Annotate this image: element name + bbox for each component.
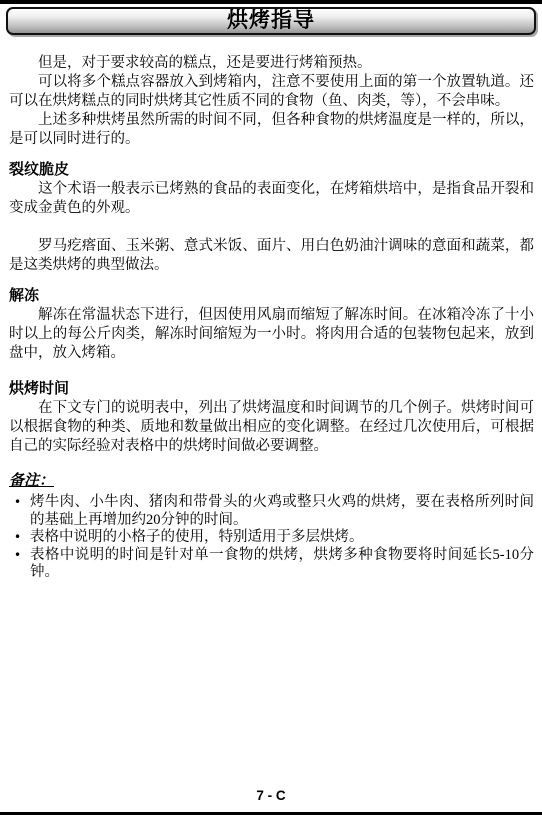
note-item-text: 表格中说明的时间是针对单一食物的烘烤，烘烤多种食物要将时间延长5-10分钟。 (30, 547, 534, 581)
notes-block: 备注： • 烤牛肉、小牛肉、猪肉和带骨头的火鸡或整只火鸡的烘烤，要在表格所列时间… (9, 472, 534, 582)
section-heading-crispy-crust: 裂纹脆皮 (9, 161, 534, 180)
note-item: • 表格中说明的时间是针对单一食物的烘烤，烘烤多种食物要将时间延长5-10分钟。 (9, 547, 534, 582)
notes-label: 备注： (9, 472, 60, 491)
page-content: 但是，对于要求较高的糕点，还是要进行烤箱预热。 可以将多个糕点容器放入到烤箱内，… (9, 54, 534, 582)
bullet-icon: • (14, 529, 21, 547)
page-title-box: 烘烤指导 (6, 7, 536, 35)
section-heading-defrost: 解冻 (9, 287, 534, 306)
note-item: • 表格中说明的小格子的使用，特别适用于多层烘烤。 (9, 529, 534, 547)
page-number: 7 - C (0, 788, 542, 803)
section-heading-baking-time: 烘烤时间 (9, 380, 534, 399)
intro-paragraph-3: 上述多种烘烤虽然所需的时间不同，但各种食物的烘烤温度是一样的，所以，是可以同时进… (9, 111, 534, 149)
page-title: 烘烤指导 (227, 10, 315, 32)
note-item: • 烤牛肉、小牛肉、猪肉和带骨头的火鸡或整只火鸡的烘烤，要在表格所列时间的基础上… (9, 494, 534, 529)
crispy-crust-paragraph-1: 这个术语一般表示已烤熟的食品的表面变化，在烤箱烘培中，是指食品开裂和变成金黄色的… (9, 180, 534, 218)
note-item-text: 烤牛肉、小牛肉、猪肉和带骨头的火鸡或整只火鸡的烘烤，要在表格所列时间的基础上再增… (30, 494, 534, 528)
manual-page: 烘烤指导 但是，对于要求较高的糕点，还是要进行烤箱预热。 可以将多个糕点容器放入… (0, 0, 542, 815)
bullet-icon: • (14, 547, 21, 565)
intro-paragraph-1: 但是，对于要求较高的糕点，还是要进行烤箱预热。 (9, 54, 534, 73)
defrost-paragraph: 解冻在常温状态下进行，但因使用风扇而缩短了解冻时间。在冰箱冷冻了十小时以上的每公… (9, 306, 534, 363)
baking-time-paragraph: 在下文专门的说明表中，列出了烘烤温度和时间调节的几个例子。烘烤时间可以根据食物的… (9, 399, 534, 456)
crispy-crust-paragraph-2: 罗马疙瘩面、玉米粥、意式米饭、面片、用白色奶油汁调味的意面和蔬菜，都是这类烘烤的… (9, 237, 534, 275)
notes-list: • 烤牛肉、小牛肉、猪肉和带骨头的火鸡或整只火鸡的烘烤，要在表格所列时间的基础上… (9, 494, 534, 582)
intro-paragraph-2: 可以将多个糕点容器放入到烤箱内，注意不要使用上面的第一个放置轨道。还可以在烘烤糕… (9, 73, 534, 111)
bullet-icon: • (14, 494, 21, 512)
top-rule (0, 0, 542, 4)
note-item-text: 表格中说明的小格子的使用，特别适用于多层烘烤。 (30, 529, 364, 545)
